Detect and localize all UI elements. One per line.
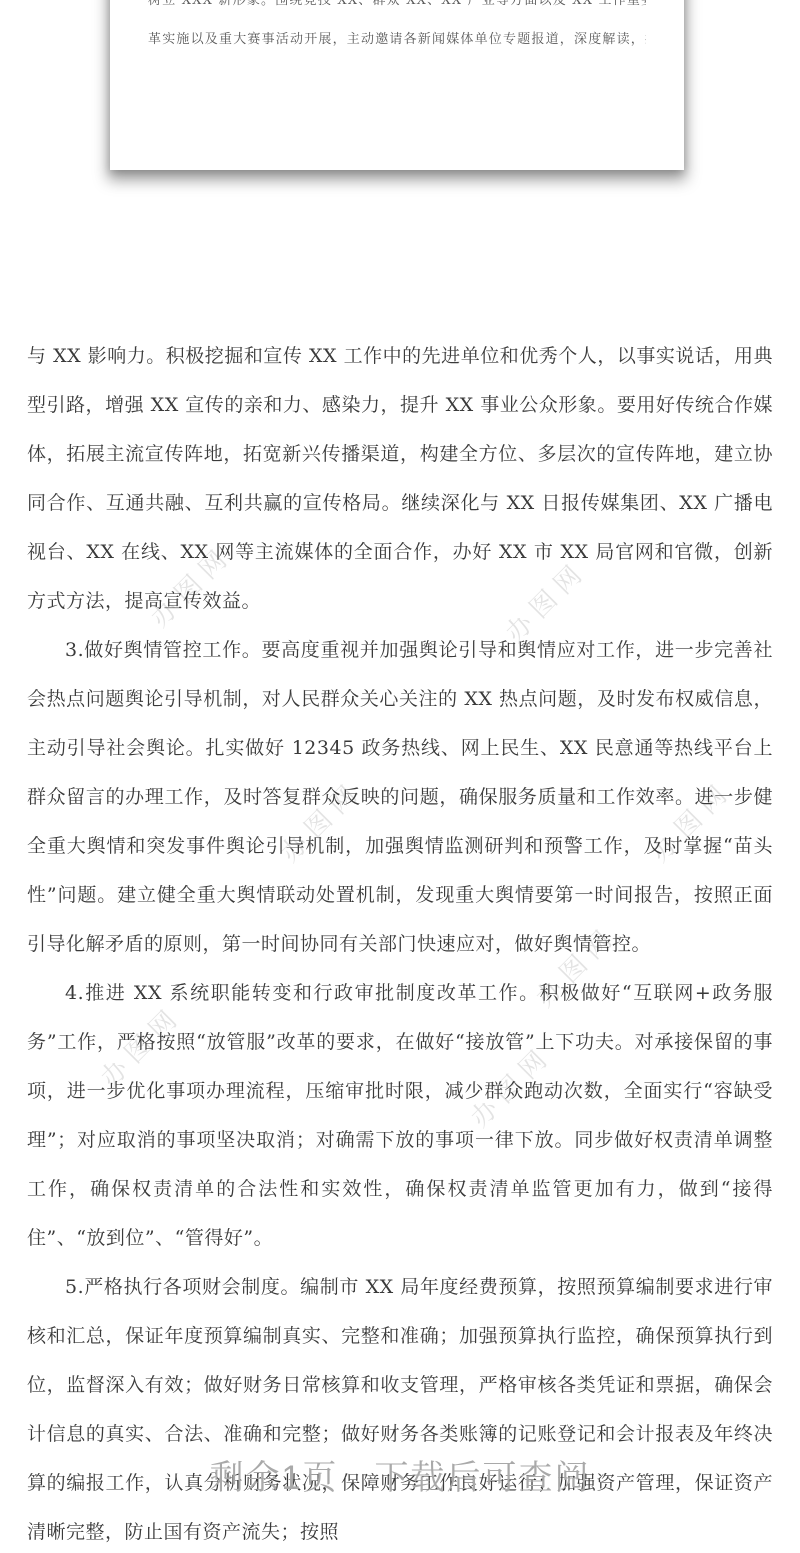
- document-body: 与 XX 影响力。积极挖掘和宣传 XX 工作中的先进单位和优秀个人，以事实说话，…: [0, 332, 800, 1553]
- document-preview-screen: 办图网办图网办图网办图网办图网办图网办图网 树立 XXX 新形象。围绕竞技 XX…: [0, 0, 800, 1553]
- document-paragraph: 与 XX 影响力。积极挖掘和宣传 XX 工作中的先进单位和优秀个人，以事实说话，…: [27, 332, 773, 626]
- document-preview-page: 树立 XXX 新形象。围绕竞技 XX、群众 XX、XX 产业等方面以及 XX 工…: [110, 0, 684, 170]
- document-line: 革实施以及重大赛事活动开展，主动邀请各新闻媒体单位专题报道，深度解读，扩大宣传效…: [148, 31, 646, 49]
- remaining-pages-notice: 剩余1页 下载后可查阅: [0, 1450, 800, 1499]
- document-paragraph: 5.严格执行各项财会制度。编制市 XX 局年度经费预算，按照预算编制要求进行审核…: [27, 1263, 773, 1553]
- document-paragraph: 4.推进 XX 系统职能转变和行政审批制度改革工作。积极做好“互联网+政务服务”…: [27, 969, 773, 1263]
- document-line: 树立 XXX 新形象。围绕竞技 XX、群众 XX、XX 产业等方面以及 XX 工…: [148, 0, 646, 10]
- document-page-content: 树立 XXX 新形象。围绕竞技 XX、群众 XX、XX 产业等方面以及 XX 工…: [110, 0, 684, 49]
- document-paragraph: 3.做好舆情管控工作。要高度重视并加强舆论引导和舆情应对工作，进一步完善社会热点…: [27, 626, 773, 969]
